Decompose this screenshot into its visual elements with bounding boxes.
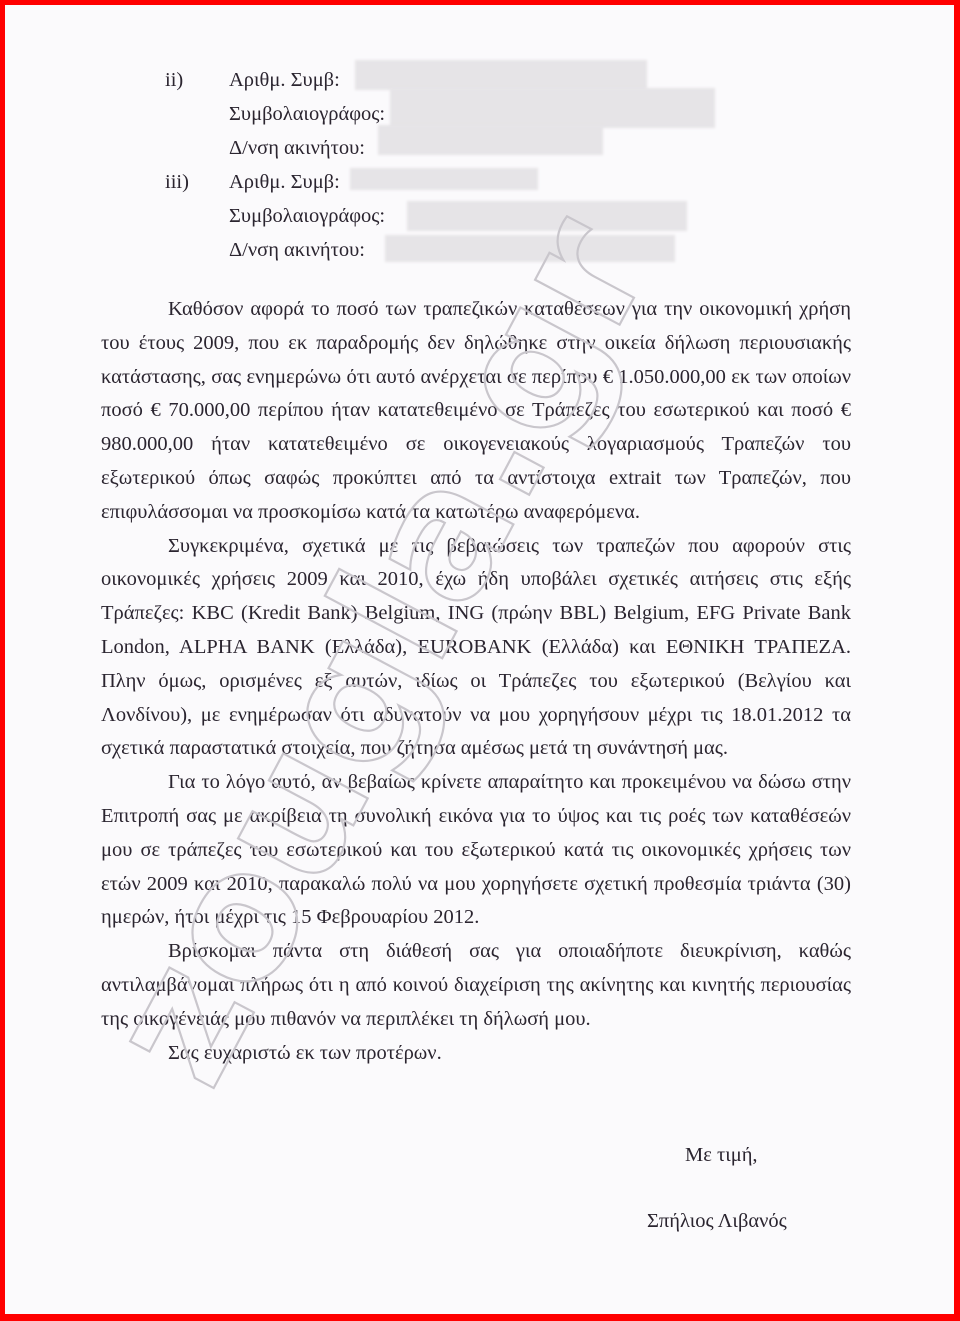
redaction-box <box>390 88 715 128</box>
notary-label: Συμβολαιογράφος: <box>229 199 385 233</box>
scanned-letter-page: ii) Αριθμ. Συμβ: Συμβολαιογράφος: Δ/νση … <box>5 5 954 1314</box>
paragraph-deposits-amount: Καθόσον αφορά το ποσό των τραπεζικών κατ… <box>101 293 851 530</box>
list-numeral: ii) <box>165 63 183 97</box>
redaction-box <box>350 168 538 190</box>
redaction-box <box>355 60 647 90</box>
property-address-label: Δ/νση ακινήτου: <box>229 233 365 267</box>
property-address-label: Δ/νση ακινήτου: <box>229 131 365 165</box>
paragraph-bank-requests: Συγκεκριμένα, σχετικά με τις βεβαιώσεις … <box>101 530 851 767</box>
contract-number-label: Αριθμ. Συμβ: <box>229 165 340 199</box>
redaction-box <box>378 125 603 155</box>
paragraph-availability: Βρίσκομαι πάντα στη διάθεσή σας για οποι… <box>101 935 851 1036</box>
notary-label: Συμβολαιογράφος: <box>229 97 385 131</box>
paragraph-thanks: Σας ευχαριστώ εκ των προτέρων. <box>101 1037 851 1071</box>
letter-body: Καθόσον αφορά το ποσό των τραπεζικών κατ… <box>101 293 851 1070</box>
paragraph-extension-request: Για το λόγο αυτό, αν βεβαίως κρίνετε απα… <box>101 766 851 935</box>
redaction-box <box>385 235 675 262</box>
signature-name: Σπήλιος Λιβανός <box>647 1204 787 1238</box>
redaction-box <box>407 201 687 231</box>
closing-salutation: Με τιμή, <box>685 1138 758 1172</box>
list-numeral: iii) <box>165 165 189 199</box>
contract-number-label: Αριθμ. Συμβ: <box>229 63 340 97</box>
